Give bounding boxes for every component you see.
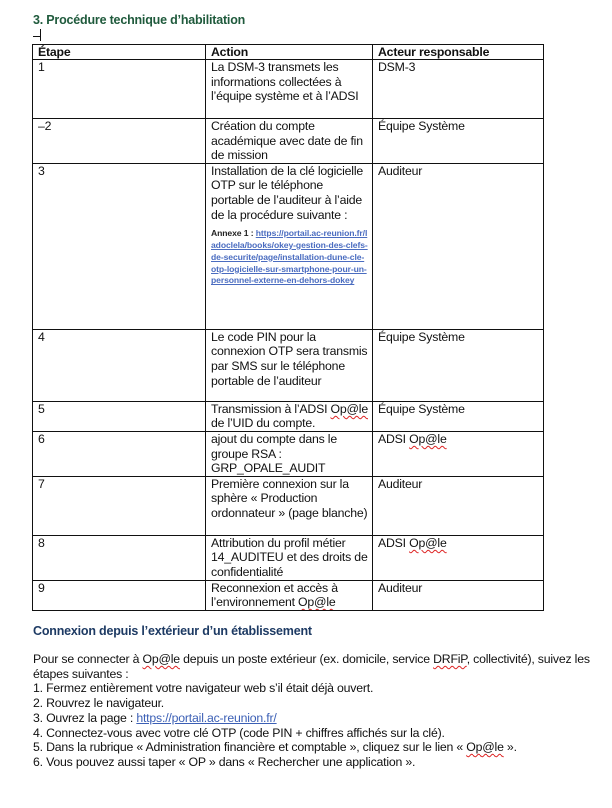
- cell-action: Installation de la clé logicielle OTP su…: [206, 163, 373, 329]
- text-cursor-marker: [33, 29, 42, 41]
- cell-actor: ADSI Op@le: [373, 431, 544, 476]
- table-header-row: Étape Action Acteur responsable: [33, 45, 544, 60]
- cell-step: 6: [33, 431, 206, 476]
- spellcheck-flagged-word: DRFiP: [433, 652, 467, 666]
- instructions-body: Pour se connecter à Op@le depuis un post…: [33, 652, 593, 770]
- step-item: 2. Rouvrez le navigateur.: [33, 696, 593, 711]
- table-row: –2 Création du compte académique avec da…: [33, 119, 544, 164]
- cell-step: 5: [33, 401, 206, 431]
- action-text: de l’UID du compte.: [211, 416, 315, 430]
- cell-action: ajout du compte dans le groupe RSA : GRP…: [206, 431, 373, 476]
- intro-text: Pour se connecter à: [33, 652, 142, 666]
- spellcheck-flagged-word: Op@le: [142, 652, 179, 666]
- cell-actor: Équipe Système: [373, 119, 544, 164]
- cell-actor: Équipe Système: [373, 401, 544, 431]
- step-text: 3. Ouvrez la page :: [33, 711, 136, 725]
- section-title: 3. Procédure technique d’habilitation: [33, 13, 245, 27]
- spellcheck-flagged-word: Op@le: [298, 595, 335, 609]
- cell-step: 1: [33, 60, 206, 119]
- cell-action: Création du compte académique avec date …: [206, 119, 373, 164]
- table-row: 9 Reconnexion et accès à l’environnement…: [33, 580, 544, 610]
- header-action: Action: [206, 45, 373, 60]
- step-item: 4. Connectez-vous avec votre clé OTP (co…: [33, 726, 593, 741]
- cell-step: 9: [33, 580, 206, 610]
- step-item: 3. Ouvrez la page : https://portail.ac-r…: [33, 711, 593, 726]
- cell-actor: Auditeur: [373, 476, 544, 535]
- step-item: 5. Dans la rubrique « Administration fin…: [33, 740, 593, 755]
- cell-action: Reconnexion et accès à l’environnement O…: [206, 580, 373, 610]
- cell-step: 7: [33, 476, 206, 535]
- actor-text: ADSI: [378, 432, 409, 446]
- cell-step: 4: [33, 329, 206, 401]
- action-text: Transmission à l’ADSI: [211, 402, 331, 416]
- cell-actor: Auditeur: [373, 163, 544, 329]
- step-text: 5. Dans la rubrique « Administration fin…: [33, 740, 466, 754]
- cell-actor: Auditeur: [373, 580, 544, 610]
- step-text: ».: [504, 740, 517, 754]
- table-row: 4 Le code PIN pour la connexion OTP sera…: [33, 329, 544, 401]
- cell-actor: Équipe Système: [373, 329, 544, 401]
- cell-action: Le code PIN pour la connexion OTP sera t…: [206, 329, 373, 401]
- cell-step: –2: [33, 119, 206, 164]
- header-step: Étape: [33, 45, 206, 60]
- annex-reference: Annexe 1 : https://portail.ac-reunion.fr…: [211, 228, 369, 287]
- intro-text: depuis un poste extérieur (ex. domicile,…: [180, 652, 433, 666]
- table-row: 8 Attribution du profil métier 14_AUDITE…: [33, 535, 544, 580]
- cell-action: La DSM-3 transmets les informations coll…: [206, 60, 373, 119]
- cell-step: 8: [33, 535, 206, 580]
- cell-action: Transmission à l’ADSI Op@le de l’UID du …: [206, 401, 373, 431]
- table-row: 6 ajout du compte dans le groupe RSA : G…: [33, 431, 544, 476]
- procedure-table: Étape Action Acteur responsable 1 La DSM…: [32, 44, 544, 611]
- table-row: 1 La DSM-3 transmets les informations co…: [33, 60, 544, 119]
- annex-label: Annexe 1 :: [211, 228, 256, 238]
- cell-action: Attribution du profil métier 14_AUDITEU …: [206, 535, 373, 580]
- intro-paragraph: Pour se connecter à Op@le depuis un post…: [33, 652, 593, 681]
- spellcheck-flagged-word: Op@le: [331, 402, 368, 416]
- cell-actor: ADSI Op@le: [373, 535, 544, 580]
- actor-text: ADSI: [378, 536, 409, 550]
- table-row: 7 Première connexion sur la sphère « Pro…: [33, 476, 544, 535]
- cell-action: Première connexion sur la sphère « Produ…: [206, 476, 373, 535]
- table-row: 5 Transmission à l’ADSI Op@le de l’UID d…: [33, 401, 544, 431]
- step-item: 6. Vous pouvez aussi taper « OP » dans «…: [33, 755, 593, 770]
- spellcheck-flagged-word: Op@le: [409, 536, 446, 550]
- step-item: 1. Fermez entièrement votre navigateur w…: [33, 681, 593, 696]
- header-actor: Acteur responsable: [373, 45, 544, 60]
- section2-title: Connexion depuis l’extérieur d’un établi…: [33, 624, 312, 638]
- portal-link[interactable]: https://portail.ac-reunion.fr/: [136, 711, 276, 725]
- spellcheck-flagged-word: Op@le: [466, 740, 503, 754]
- action-text: Installation de la clé logicielle OTP su…: [211, 164, 369, 222]
- table-row: 3 Installation de la clé logicielle OTP …: [33, 163, 544, 329]
- cell-actor: DSM-3: [373, 60, 544, 119]
- spellcheck-flagged-word: Op@le: [409, 432, 446, 446]
- cell-step: 3: [33, 163, 206, 329]
